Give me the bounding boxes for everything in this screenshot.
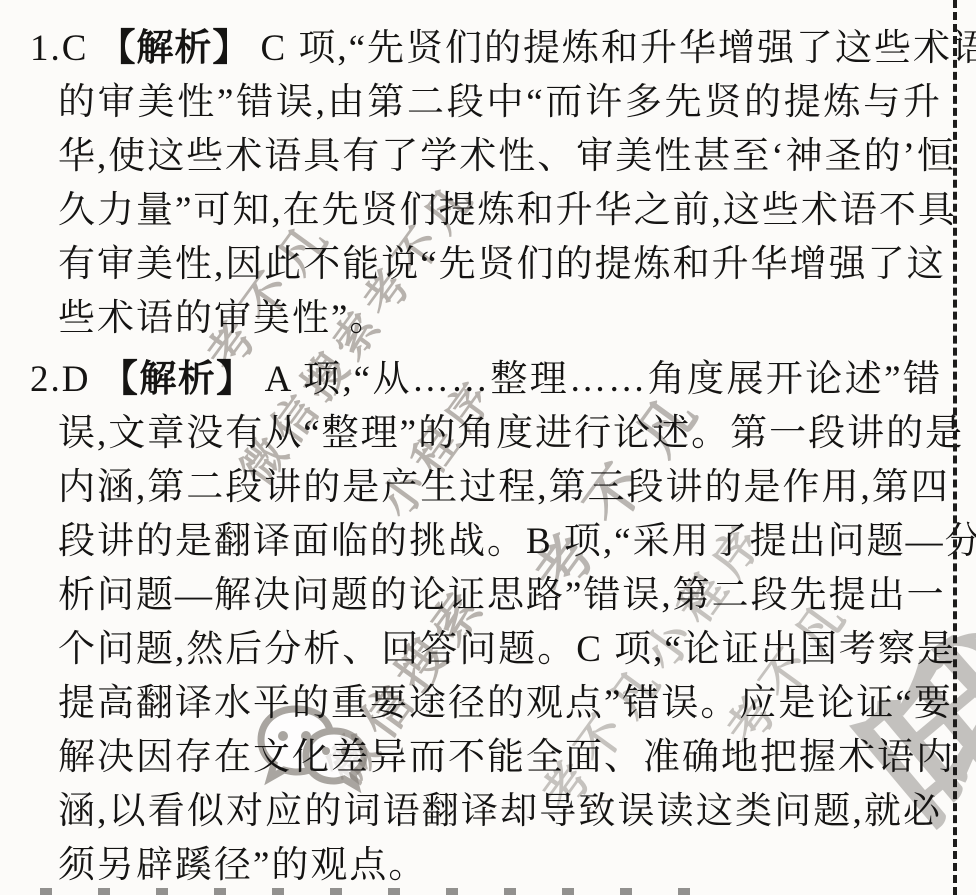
- answer-line: 涵,以看似对应的词语翻译却导致误读这类问题,就必: [58, 785, 942, 839]
- analysis-label: 【解析】: [98, 27, 250, 68]
- answer-line: 误,文章没有从“整理”的角度进行论述。第一段讲的是: [58, 407, 942, 461]
- answer-text: C 项,“先贤们的提炼和升华增强了这些术语: [260, 28, 976, 69]
- cutoff-text-strokes: [40, 888, 700, 895]
- answer-line: 久力量”可知,在先贤们提炼和升华之前,这些术语不具: [58, 184, 942, 238]
- answer-line: 须另辟蹊径”的观点。: [58, 839, 942, 893]
- answer-line: 析问题—解决问题的论证思路”错误,第二段先提出一: [58, 569, 942, 623]
- answer-line: 解决因存在文化差异而不能全面、准确地把握术语内: [58, 731, 942, 785]
- answer-item-2: 2.D【解析】A 项,“从……整理……角度展开论述”错 误,文章没有从“整理”的…: [58, 352, 942, 893]
- answer-item-1: 1.C【解析】C 项,“先贤们的提炼和升华增强了这些术语 的审美性”错误,由第二…: [58, 21, 942, 346]
- answer-line: 提高翻译水平的重要途径的观点”错误。应是论证“要: [58, 677, 942, 731]
- answer-text: A 项,“从……整理……角度展开论述”错: [265, 359, 942, 400]
- answer-number: 1.C: [30, 28, 88, 69]
- answer-line: 段讲的是翻译面临的挑战。B 项,“采用了提出问题—分: [58, 515, 942, 569]
- answer-line: 些术语的审美性”。: [58, 292, 942, 346]
- answer-line: 华,使这些术语具有了学术性、审美性甚至‘神圣的’恒: [58, 130, 942, 184]
- answer-line: 个问题,然后分析、回答问题。C 项,“论证出国考察是: [58, 623, 942, 677]
- scanned-answer-page: { "answers": [ { "number": "1.C", "label…: [0, 0, 976, 895]
- answer-line: 有审美性,因此不能说“先贤们的提炼和升华增强了这: [58, 238, 942, 292]
- answer-line: 内涵,第二段讲的是产生过程,第三段讲的是作用,第四: [58, 461, 942, 515]
- answer-line: 1.C【解析】C 项,“先贤们的提炼和升华增强了这些术语: [30, 21, 942, 76]
- page-edge-dashed-line: [953, 0, 957, 895]
- answer-explanations: 1.C【解析】C 项,“先贤们的提炼和升华增强了这些术语 的审美性”错误,由第二…: [0, 0, 976, 893]
- answer-number: 2.D: [30, 359, 90, 400]
- analysis-label: 【解析】: [100, 358, 254, 399]
- answer-line: 2.D【解析】A 项,“从……整理……角度展开论述”错: [30, 352, 942, 407]
- answer-line: 的审美性”错误,由第二段中“而许多先贤的提炼与升: [58, 76, 942, 130]
